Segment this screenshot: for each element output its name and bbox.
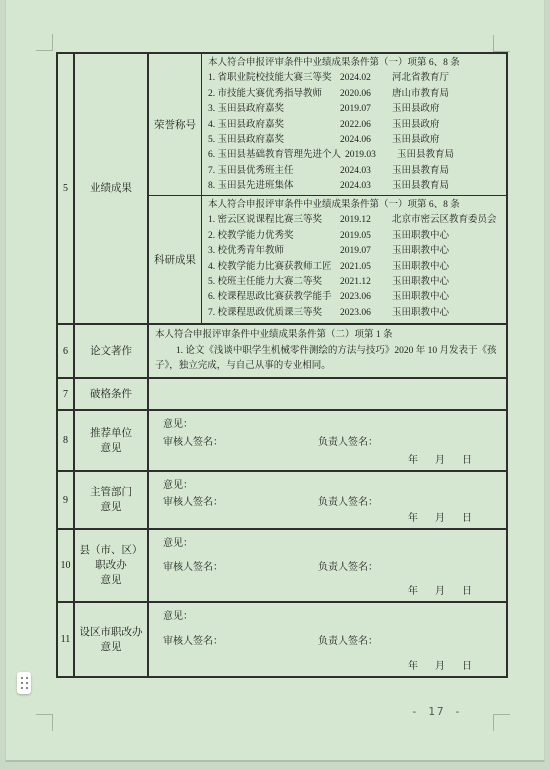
research-list: 本人符合申报评审条件中业绩成果条件第（一）项第 6、8 条 1. 密云区说课程比… bbox=[202, 196, 506, 323]
margin-crop-mark-bottom-left-icon bbox=[36, 714, 53, 731]
award-item: 2. 校教学能力优秀奖2019.05玉田职教中心 bbox=[208, 229, 504, 244]
award-name: 4. 玉田县政府嘉奖 bbox=[208, 118, 340, 133]
year-label: 年 bbox=[408, 586, 418, 597]
award-name: 5. 玉田县政府嘉奖 bbox=[208, 133, 340, 148]
award-item: 3. 玉田县政府嘉奖2019.07玉田县政府 bbox=[208, 102, 504, 117]
row-label-competent-department: 主管部门 意见 bbox=[75, 472, 149, 528]
performance-subrows: 荣誉称号 本人符合申报评审条件中业绩成果条件第（一）项第 6、8 条 1. 省职… bbox=[149, 54, 506, 323]
award-date: 2023.06 bbox=[340, 306, 392, 321]
award-item: 6. 校课程思政比赛获教学能手2023.06玉田职教中心 bbox=[208, 290, 504, 305]
row-number-cell: 8 bbox=[58, 411, 75, 470]
award-date: 2019.03 bbox=[345, 148, 397, 163]
editor-canvas: { "page": { "number": "- 17 -" }, "table… bbox=[0, 0, 550, 770]
award-item: 6. 玉田县基础教育管理先进个人2019.03玉田县教育局 bbox=[208, 148, 504, 163]
papers-body: 1. 论文《浅谈中职学生机械零件测绘的方法与技巧》2020 年 10 月发表于《… bbox=[155, 344, 498, 375]
row-number-cell: 9 bbox=[58, 472, 75, 528]
competent-department-opinion: 意见： 审核人签名：负责人签名： 年月日 bbox=[149, 472, 506, 528]
opinion-label: 意见： bbox=[163, 476, 472, 491]
award-item: 1. 省职业院校技能大赛三等奖2024.02河北省教育厅 bbox=[208, 71, 504, 86]
year-label: 年 bbox=[408, 513, 418, 524]
award-org: 玉田县政府 bbox=[392, 118, 504, 133]
reviewer-signature-label: 审核人签名： bbox=[163, 558, 318, 573]
papers-header: 本人符合申报评审条件中业绩成果条件第（二）项第 1 条 bbox=[155, 328, 498, 344]
row-label-exception: 破格条件 bbox=[75, 379, 149, 409]
award-date: 2024.03 bbox=[340, 179, 392, 194]
row-drag-handle-icon[interactable] bbox=[17, 672, 31, 694]
award-item: 5. 校班主任能力大赛二等奖2021.12玉田职教中心 bbox=[208, 275, 504, 290]
award-name: 8. 玉田县先进班集体 bbox=[208, 179, 340, 194]
sub-label-research: 科研成果 bbox=[149, 196, 202, 323]
award-item: 4. 玉田县政府嘉奖2022.06玉田县政府 bbox=[208, 118, 504, 133]
award-name: 6. 玉田县基础教育管理先进个人 bbox=[208, 148, 345, 163]
day-label: 日 bbox=[462, 513, 472, 524]
row-label-county-office: 县（市、区） 职改办 意见 bbox=[75, 530, 149, 601]
responsible-signature-label: 负责人签名： bbox=[318, 632, 378, 647]
row-number-cell: 10 bbox=[58, 530, 75, 601]
award-org: 玉田职教中心 bbox=[392, 244, 504, 259]
award-date: 2022.06 bbox=[340, 118, 392, 133]
award-item: 3. 校优秀青年教师2019.07玉田职教中心 bbox=[208, 244, 504, 259]
day-label: 日 bbox=[462, 661, 472, 672]
recommending-unit-opinion: 意见： 审核人签名：负责人签名： 年月日 bbox=[149, 411, 506, 470]
award-name: 3. 玉田县政府嘉奖 bbox=[208, 102, 340, 117]
evaluation-form-table: 5 业绩成果 荣誉称号 本人符合申报评审条件中业绩成果条件第（一）项第 6、8 … bbox=[56, 52, 508, 678]
award-org: 唐山市教育局 bbox=[392, 87, 504, 102]
table-row-8: 8 推荐单位 意见 意见： 审核人签名：负责人签名： 年月日 bbox=[58, 411, 506, 472]
award-name: 1. 省职业院校技能大赛三等奖 bbox=[208, 71, 340, 86]
award-org: 玉田县政府 bbox=[392, 133, 504, 148]
award-date: 2024.03 bbox=[340, 164, 392, 179]
row-number: 9 bbox=[63, 495, 68, 506]
table-row-11: 11 设区市职改办 意见 意见： 审核人签名：负责人签名： 年月日 bbox=[58, 603, 506, 676]
row-number-cell: 5 bbox=[58, 54, 75, 323]
reviewer-signature-label: 审核人签名： bbox=[163, 493, 318, 508]
month-label: 月 bbox=[435, 513, 445, 524]
handle-dot bbox=[26, 677, 28, 679]
award-item: 4. 校教学能力比赛获教师工匠2021.05玉田职教中心 bbox=[208, 260, 504, 275]
award-org: 北京市密云区教育委员会 bbox=[392, 213, 504, 228]
month-label: 月 bbox=[435, 586, 445, 597]
award-org: 玉田职教中心 bbox=[392, 260, 504, 275]
award-org: 玉田职教中心 bbox=[392, 306, 504, 321]
month-label: 月 bbox=[435, 455, 445, 466]
signature-row: 审核人签名：负责人签名： bbox=[163, 632, 472, 647]
document-page[interactable]: 5 业绩成果 荣誉称号 本人符合申报评审条件中业绩成果条件第（一）项第 6、8 … bbox=[5, 0, 545, 762]
table-row-9: 9 主管部门 意见 意见： 审核人签名：负责人签名： 年月日 bbox=[58, 472, 506, 530]
award-name: 3. 校优秀青年教师 bbox=[208, 244, 340, 259]
handle-dot bbox=[26, 682, 28, 684]
date-line: 年月日 bbox=[163, 509, 472, 524]
award-date: 2021.12 bbox=[340, 275, 392, 290]
handle-dot bbox=[21, 687, 23, 689]
responsible-signature-label: 负责人签名： bbox=[318, 558, 378, 573]
award-item: 1. 密云区说课程比赛三等奖2019.12北京市密云区教育委员会 bbox=[208, 213, 504, 228]
award-name: 5. 校班主任能力大赛二等奖 bbox=[208, 275, 340, 290]
research-subrow: 科研成果 本人符合申报评审条件中业绩成果条件第（一）项第 6、8 条 1. 密云… bbox=[149, 196, 506, 323]
award-org: 玉田县教育局 bbox=[397, 148, 504, 163]
row-number: 8 bbox=[63, 435, 68, 446]
award-name: 7. 玉田县优秀班主任 bbox=[208, 164, 340, 179]
award-date: 2019.05 bbox=[340, 229, 392, 244]
row-number: 11 bbox=[61, 634, 71, 645]
table-row-6: 6 论文著作 本人符合申报评审条件中业绩成果条件第（二）项第 1 条 1. 论文… bbox=[58, 325, 506, 379]
award-date: 2019.12 bbox=[340, 213, 392, 228]
award-item: 8. 玉田县先进班集体2024.03玉田县教育局 bbox=[208, 179, 504, 194]
responsible-signature-label: 负责人签名： bbox=[318, 433, 378, 448]
award-name: 4. 校教学能力比赛获教师工匠 bbox=[208, 260, 340, 275]
opinion-label: 意见： bbox=[163, 607, 472, 622]
honors-list: 本人符合申报评审条件中业绩成果条件第（一）项第 6、8 条 1. 省职业院校技能… bbox=[202, 54, 506, 195]
papers-content: 本人符合申报评审条件中业绩成果条件第（二）项第 1 条 1. 论文《浅谈中职学生… bbox=[149, 325, 506, 377]
row-number-cell: 7 bbox=[58, 379, 75, 409]
year-label: 年 bbox=[408, 455, 418, 466]
margin-crop-mark-top-right-icon bbox=[493, 35, 510, 52]
handle-dot bbox=[21, 677, 23, 679]
award-item: 7. 玉田县优秀班主任2024.03玉田县教育局 bbox=[208, 164, 504, 179]
month-label: 月 bbox=[435, 661, 445, 672]
date-line: 年月日 bbox=[163, 451, 472, 466]
signature-row: 审核人签名：负责人签名： bbox=[163, 493, 472, 508]
opinion-label: 意见： bbox=[163, 534, 472, 549]
table-row-10: 10 县（市、区） 职改办 意见 意见： 审核人签名：负责人签名： 年月日 bbox=[58, 530, 506, 603]
award-date: 2024.06 bbox=[340, 133, 392, 148]
award-org: 玉田县教育局 bbox=[392, 179, 504, 194]
award-org: 玉田县教育局 bbox=[392, 164, 504, 179]
table-row-5: 5 业绩成果 荣誉称号 本人符合申报评审条件中业绩成果条件第（一）项第 6、8 … bbox=[58, 54, 506, 325]
reviewer-signature-label: 审核人签名： bbox=[163, 433, 318, 448]
award-name: 1. 密云区说课程比赛三等奖 bbox=[208, 213, 340, 228]
row-number: 7 bbox=[63, 389, 68, 400]
award-name: 2. 市技能大赛优秀指导教师 bbox=[208, 87, 340, 102]
margin-crop-mark-top-left-icon bbox=[36, 34, 53, 51]
row-label-city-office: 设区市职改办 意见 bbox=[75, 603, 149, 676]
award-date: 2019.07 bbox=[340, 102, 392, 117]
award-name: 7. 校课程思政优质课三等奖 bbox=[208, 306, 340, 321]
award-org: 玉田职教中心 bbox=[392, 229, 504, 244]
honors-header: 本人符合申报评审条件中业绩成果条件第（一）项第 6、8 条 bbox=[208, 56, 504, 71]
honors-subrow: 荣誉称号 本人符合申报评审条件中业绩成果条件第（一）项第 6、8 条 1. 省职… bbox=[149, 54, 506, 196]
row-label-papers: 论文著作 bbox=[75, 325, 149, 377]
row-label-performance: 业绩成果 bbox=[75, 54, 149, 323]
award-item: 5. 玉田县政府嘉奖2024.06玉田县政府 bbox=[208, 133, 504, 148]
award-org: 河北省教育厅 bbox=[392, 71, 504, 86]
exception-content bbox=[149, 379, 506, 409]
award-item: 7. 校课程思政优质课三等奖2023.06玉田职教中心 bbox=[208, 306, 504, 321]
row-number-cell: 6 bbox=[58, 325, 75, 377]
reviewer-signature-label: 审核人签名： bbox=[163, 632, 318, 647]
handle-dot bbox=[21, 682, 23, 684]
table-row-7: 7 破格条件 bbox=[58, 379, 506, 411]
margin-crop-mark-bottom-right-icon bbox=[493, 714, 510, 731]
row-number: 5 bbox=[63, 183, 68, 194]
award-date: 2019.07 bbox=[340, 244, 392, 259]
year-label: 年 bbox=[408, 661, 418, 672]
row-number-cell: 11 bbox=[58, 603, 75, 676]
signature-row: 审核人签名：负责人签名： bbox=[163, 433, 472, 448]
page-number: - 17 - bbox=[411, 705, 491, 718]
research-header: 本人符合申报评审条件中业绩成果条件第（一）项第 6、8 条 bbox=[208, 198, 504, 213]
award-name: 6. 校课程思政比赛获教学能手 bbox=[208, 290, 340, 305]
row-number: 6 bbox=[63, 346, 68, 357]
city-office-opinion: 意见： 审核人签名：负责人签名： 年月日 bbox=[149, 603, 506, 676]
date-line: 年月日 bbox=[163, 657, 472, 672]
award-date: 2021.05 bbox=[340, 260, 392, 275]
award-org: 玉田职教中心 bbox=[392, 290, 504, 305]
award-org: 玉田县政府 bbox=[392, 102, 504, 117]
award-date: 2020.06 bbox=[340, 87, 392, 102]
row-label-recommending-unit: 推荐单位 意见 bbox=[75, 411, 149, 470]
signature-row: 审核人签名：负责人签名： bbox=[163, 558, 472, 573]
day-label: 日 bbox=[462, 455, 472, 466]
award-date: 2023.06 bbox=[340, 290, 392, 305]
award-date: 2024.02 bbox=[340, 71, 392, 86]
handle-dot bbox=[26, 687, 28, 689]
award-org: 玉田职教中心 bbox=[392, 275, 504, 290]
award-item: 2. 市技能大赛优秀指导教师2020.06唐山市教育局 bbox=[208, 87, 504, 102]
award-name: 2. 校教学能力优秀奖 bbox=[208, 229, 340, 244]
day-label: 日 bbox=[462, 586, 472, 597]
row-number: 10 bbox=[61, 560, 71, 571]
sub-label-honors: 荣誉称号 bbox=[149, 54, 202, 195]
county-office-opinion: 意见： 审核人签名：负责人签名： 年月日 bbox=[149, 530, 506, 601]
opinion-label: 意见： bbox=[163, 415, 472, 430]
date-line: 年月日 bbox=[163, 582, 472, 597]
responsible-signature-label: 负责人签名： bbox=[318, 493, 378, 508]
